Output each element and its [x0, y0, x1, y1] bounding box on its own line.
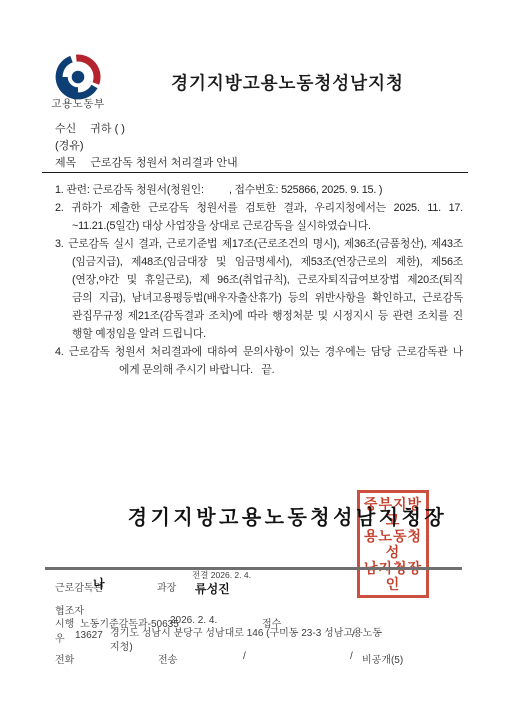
paragraph-line: 금의 지급), 남녀고용평등법(배우자출산휴가) 등의 위반사항을 확인하고, … — [55, 289, 463, 307]
via-line: (경유) — [55, 138, 238, 155]
paragraph-line: (임금지급), 제48조(임금대장 및 임금명세서), 제53조(연장근로의 제… — [55, 253, 463, 271]
subject-line: 제목근로감독 청원서 처리결과 안내 — [55, 155, 238, 172]
postal-label: 우 — [55, 630, 65, 645]
paragraph-line: ~11.21.(5일간) 대상 사업장을 상대로 근로감독을 실시하였습니다. — [55, 217, 463, 235]
recipient-label: 수신 — [55, 121, 76, 138]
paragraph-line: 행할 예정임을 알려 드립니다. — [55, 325, 463, 343]
separator-slash: / — [352, 629, 355, 640]
postal-code: 13627 — [75, 630, 103, 641]
document-body: 1. 관련: 근로감독 청원서(청원인: , 접수번호: 525866, 202… — [55, 181, 463, 379]
paragraph-line: 3. 근로감독 실시 결과, 근로기준법 제17조(근로조건의 명시), 제36… — [55, 235, 463, 253]
body-paragraph: 1. 관련: 근로감독 청원서(청원인: , 접수번호: 525866, 202… — [55, 181, 463, 199]
footer-divider — [45, 567, 462, 570]
body-paragraph: 4. 근로감독 청원서 처리결과에 대하여 문의사항이 있는 경우에는 담당 근… — [55, 343, 463, 379]
paragraph-line: 4. 근로감독 청원서 처리결과에 대하여 문의사항이 있는 경우에는 담당 근… — [55, 343, 463, 361]
subject-value: 근로감독 청원서 처리결과 안내 — [90, 157, 237, 169]
paragraph-line: 1. 관련: 근로감독 청원서(청원인: , 접수번호: 525866, 202… — [55, 181, 463, 199]
body-paragraph: 3. 근로감독 실시 결과, 근로기준법 제17조(근로조건의 명시), 제36… — [55, 235, 463, 343]
recipient-value: 귀하 ( ) — [90, 123, 125, 135]
paragraph-line: 에게 문의해 주시기 바랍니다. 끝. — [55, 361, 463, 379]
recipient-line: 수신귀하 ( ) — [55, 121, 238, 138]
phone-label: 전화 — [55, 651, 74, 666]
document-footer: 근로감독관 나 과장 전결 2026. 2. 4. 류성진 협조자 시행 노동기… — [0, 562, 513, 692]
manager-name: 류성진 — [195, 580, 230, 597]
closing-signer-title: 경기지방고용노동청성남지청장 — [62, 501, 513, 530]
document-page: 고용노동부 경기지방고용노동청성남지청 수신귀하 ( ) (경유) 제목근로감독… — [0, 0, 513, 725]
separator-slash: / — [243, 651, 246, 662]
paragraph-line: (연장,야간 및 휴일근로), 제 96조(취업규칙), 근로자퇴직급여보장법 … — [55, 271, 463, 289]
subject-divider — [42, 172, 468, 173]
stamp-line: 용노동청성 — [361, 528, 425, 560]
separator-slash: / — [350, 651, 353, 662]
document-meta: 수신귀하 ( ) (경유) 제목근로감독 청원서 처리결과 안내 — [55, 121, 238, 172]
address-line: 지청) — [110, 638, 133, 653]
office-title: 경기지방고용노동청성남지청 — [62, 70, 513, 95]
paragraph-line: 2. 귀하가 제출한 근로감독 청원서를 검토한 결과, 우리지청에서는 202… — [55, 199, 463, 217]
stamp-line: 중부지방고 — [361, 496, 425, 528]
fax-label: 전송 — [158, 651, 177, 666]
paragraph-line: 관집무규정 제21조(감독결과 조치)에 따라 행정처분 및 시정지시 등 관련… — [55, 307, 463, 325]
body-paragraph: 2. 귀하가 제출한 근로감독 청원서를 검토한 결과, 우리지청에서는 202… — [55, 199, 463, 235]
address-line: 경기도 성남시 분당구 성남대로 146 (구미동 23-3 성남고용노동 — [110, 624, 382, 639]
ministry-name: 고용노동부 — [41, 96, 115, 111]
subject-label: 제목 — [55, 155, 76, 172]
inspector-name: 나 — [93, 575, 105, 592]
enforce-label: 시행 — [55, 615, 74, 630]
disclosure-level: 비공개(5) — [362, 651, 403, 666]
manager-label: 과장 — [157, 579, 176, 594]
